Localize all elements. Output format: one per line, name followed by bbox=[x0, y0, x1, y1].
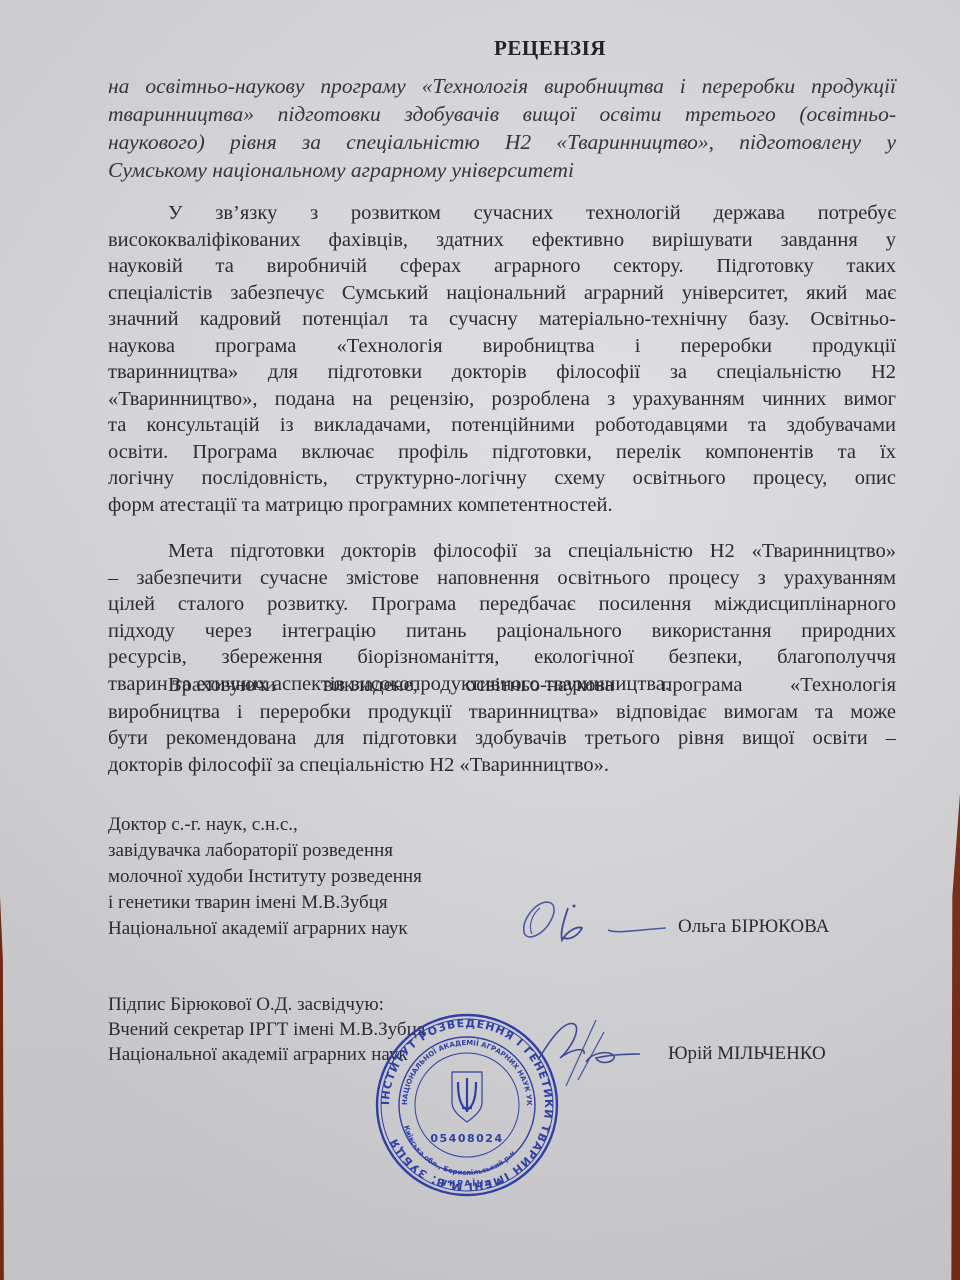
paragraph-line: Враховуючи викладене, освітньо-наукова п… bbox=[108, 672, 896, 699]
document-subtitle: на освітньо-наукову програму «Технологія… bbox=[108, 72, 896, 184]
paragraph-line: наукова програма «Технологія виробництва… bbox=[108, 333, 896, 360]
paragraph-line: освіти. Програма включає профіль підгото… bbox=[108, 439, 896, 466]
paragraph-line: У зв’язку з розвитком сучасних технологі… bbox=[108, 200, 896, 227]
reviewer-name: Ольга БІРЮКОВА bbox=[678, 916, 829, 938]
secretary-signature-icon bbox=[530, 1000, 650, 1090]
reviewer-line: і генетики тварин імені М.В.Зубця bbox=[108, 890, 422, 916]
paragraph-line: цілей сталого розвитку. Програма передба… bbox=[108, 591, 896, 618]
paragraph-line: ресурсів, збереження біорізноманіття, ек… bbox=[108, 644, 896, 671]
reviewer-line: молочної худоби Інституту розведення bbox=[108, 864, 422, 890]
paragraph-line: докторів філософії за спеціальністю Н2 «… bbox=[108, 752, 896, 779]
paragraph-line: висококваліфікованих фахівців, здатних е… bbox=[108, 227, 896, 254]
paragraph-line: та консультацій із викладачами, потенцій… bbox=[108, 412, 896, 439]
paragraph-line: спеціалістів забезпечує Сумський націона… bbox=[108, 280, 896, 307]
subtitle-line: Сумському національному аграрному універ… bbox=[108, 156, 896, 184]
reviewer-signature-icon bbox=[516, 890, 666, 950]
subtitle-line: наукового) рівня за спеціальністю Н2 «Тв… bbox=[108, 128, 896, 156]
reviewer-line: Доктор с.-г. наук, с.н.с., bbox=[108, 812, 422, 838]
paragraph-line: підходу через інтеграцію питань раціонал… bbox=[108, 618, 896, 645]
paragraph-line: форм атестації та матрицю програмних ком… bbox=[108, 492, 896, 519]
paragraph-line: науковій та виробничій сферах аграрного … bbox=[108, 253, 896, 280]
svg-text:05408024: 05408024 bbox=[430, 1132, 503, 1145]
paragraph-line: логічну послідовність, структурно-логічн… bbox=[108, 465, 896, 492]
svg-text:• УКРАЇНА •: • УКРАЇНА • bbox=[431, 1178, 504, 1188]
paragraph-conclusion: Враховуючи викладене, освітньо-наукова п… bbox=[108, 672, 896, 778]
secretary-name: Юрій МІЛЬЧЕНКО bbox=[668, 1043, 826, 1065]
paragraph-line: Мета підготовки докторів філософії за сп… bbox=[108, 538, 896, 565]
paragraph-line: тваринництва» для підготовки докторів фі… bbox=[108, 359, 896, 386]
reviewer-line: завідувачка лабораторії розведення bbox=[108, 838, 422, 864]
paragraph-line: – забезпечити сучасне змістове наповненн… bbox=[108, 565, 896, 592]
paragraph-line: бути рекомендована для підготовки здобув… bbox=[108, 725, 896, 752]
paragraph-line: значний кадровий потенціал та сучасну ма… bbox=[108, 306, 896, 333]
document-title: РЕЦЕНЗІЯ bbox=[0, 36, 960, 61]
reviewer-credentials: Доктор с.-г. наук, с.н.с., завідувачка л… bbox=[108, 812, 422, 942]
paragraph-line: виробництва і переробки продукції тварин… bbox=[108, 699, 896, 726]
subtitle-line: тваринництва» підготовки здобувачів вищо… bbox=[108, 100, 896, 128]
paragraph-context: У зв’язку з розвитком сучасних технологі… bbox=[108, 200, 896, 518]
paragraph-line: «Тваринництво», подана на рецензію, розр… bbox=[108, 386, 896, 413]
reviewer-line: Національної академії аграрних наук bbox=[108, 916, 422, 942]
subtitle-line: на освітньо-наукову програму «Технологія… bbox=[108, 72, 896, 100]
